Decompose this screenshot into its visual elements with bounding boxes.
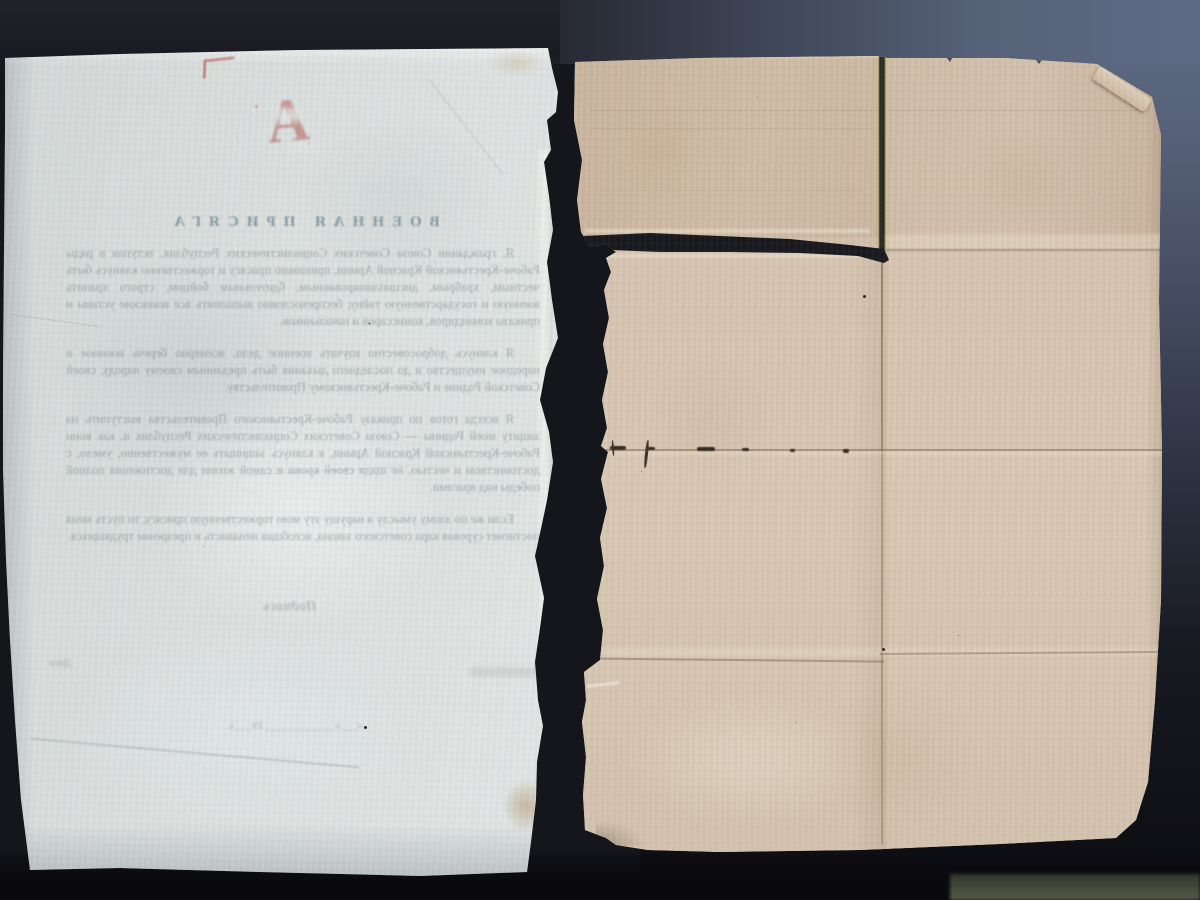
paper-wrinkle xyxy=(10,314,99,328)
paper-highlight xyxy=(150,380,450,640)
crack-discoloration xyxy=(872,56,892,256)
oath-title: ВОЕННАЯ ПРИСЯГА xyxy=(66,214,540,231)
fold-highlight xyxy=(886,234,1162,248)
fold-shadow xyxy=(852,250,912,850)
signature-label: Подпись xyxy=(262,598,316,614)
horizontal-fold-crease xyxy=(886,249,1162,251)
oath-paragraph: Я клянусь добросовестно изучать военное … xyxy=(66,345,540,396)
stain xyxy=(830,690,970,830)
photo-scene: ВОЕННАЯ ПРИСЯГА Я, гражданин Союза Совет… xyxy=(0,0,1200,900)
fold-panel xyxy=(573,54,883,238)
bleedthrough-text: ВОЕННАЯ ПРИСЯГА Я, гражданин Союза Совет… xyxy=(66,214,540,560)
paper-wrinkle xyxy=(429,80,504,175)
horizontal-fold-crease xyxy=(584,657,884,662)
table-edge xyxy=(950,874,1200,900)
faint-crease xyxy=(595,190,865,191)
fold-panel xyxy=(575,658,1165,854)
paper-highlight xyxy=(60,620,440,840)
stain xyxy=(970,130,1070,230)
date-blank-line: «___» ____________ 19___ г. xyxy=(150,720,440,732)
tear-mark xyxy=(790,449,795,452)
faint-crease xyxy=(590,128,870,129)
tear-edge-highlight xyxy=(585,229,870,233)
tear-mark xyxy=(610,446,626,450)
vertical-fold-crack xyxy=(879,56,885,254)
tear-mark xyxy=(697,447,715,451)
horizontal-fold-crease xyxy=(600,449,1162,451)
oath-paragraph: Я, гражданин Союза Советских Социалистич… xyxy=(66,245,540,330)
paper-highlight xyxy=(620,690,880,830)
stain xyxy=(488,50,544,76)
oath-paragraph: Я всегда готов по приказу Рабоче-Крестья… xyxy=(66,411,540,496)
stain xyxy=(620,110,700,190)
tear-curl xyxy=(644,440,649,468)
horizontal-fold-crease xyxy=(880,651,1162,654)
date-label: Дата xyxy=(50,658,71,669)
vertical-fold-crease xyxy=(881,452,883,844)
tear-edge-highlight xyxy=(588,254,878,258)
smudge xyxy=(470,668,540,676)
paper-mottling xyxy=(300,120,500,280)
oath-paragraph: Если же по злому умыслу я нарушу эту мою… xyxy=(66,511,540,545)
paper-wrinkle xyxy=(31,738,360,768)
stamp-fade-patch xyxy=(275,108,301,122)
stamp-letter: А xyxy=(264,89,311,153)
tear-curl xyxy=(611,440,614,456)
vertical-fold-crease xyxy=(881,252,883,452)
background-top-strip xyxy=(520,0,1200,64)
paper-wrinkle xyxy=(250,466,410,475)
torn-flap-highlight xyxy=(587,681,619,688)
tear-mark xyxy=(843,449,849,453)
fold-panel xyxy=(886,54,1162,246)
faint-crease xyxy=(590,110,1150,111)
tear-mark xyxy=(646,447,655,450)
red-stamp: А xyxy=(195,50,345,190)
stamp-fade-patch xyxy=(287,142,317,154)
fold-panel xyxy=(575,452,1165,658)
tear-mark xyxy=(742,448,749,451)
fold-highlight xyxy=(600,451,1162,455)
fold-panel xyxy=(575,250,1165,452)
paper-mottling xyxy=(60,260,320,480)
stain xyxy=(650,360,770,480)
stamp-bracket-mark xyxy=(203,56,234,78)
fold-highlight xyxy=(600,648,1160,656)
